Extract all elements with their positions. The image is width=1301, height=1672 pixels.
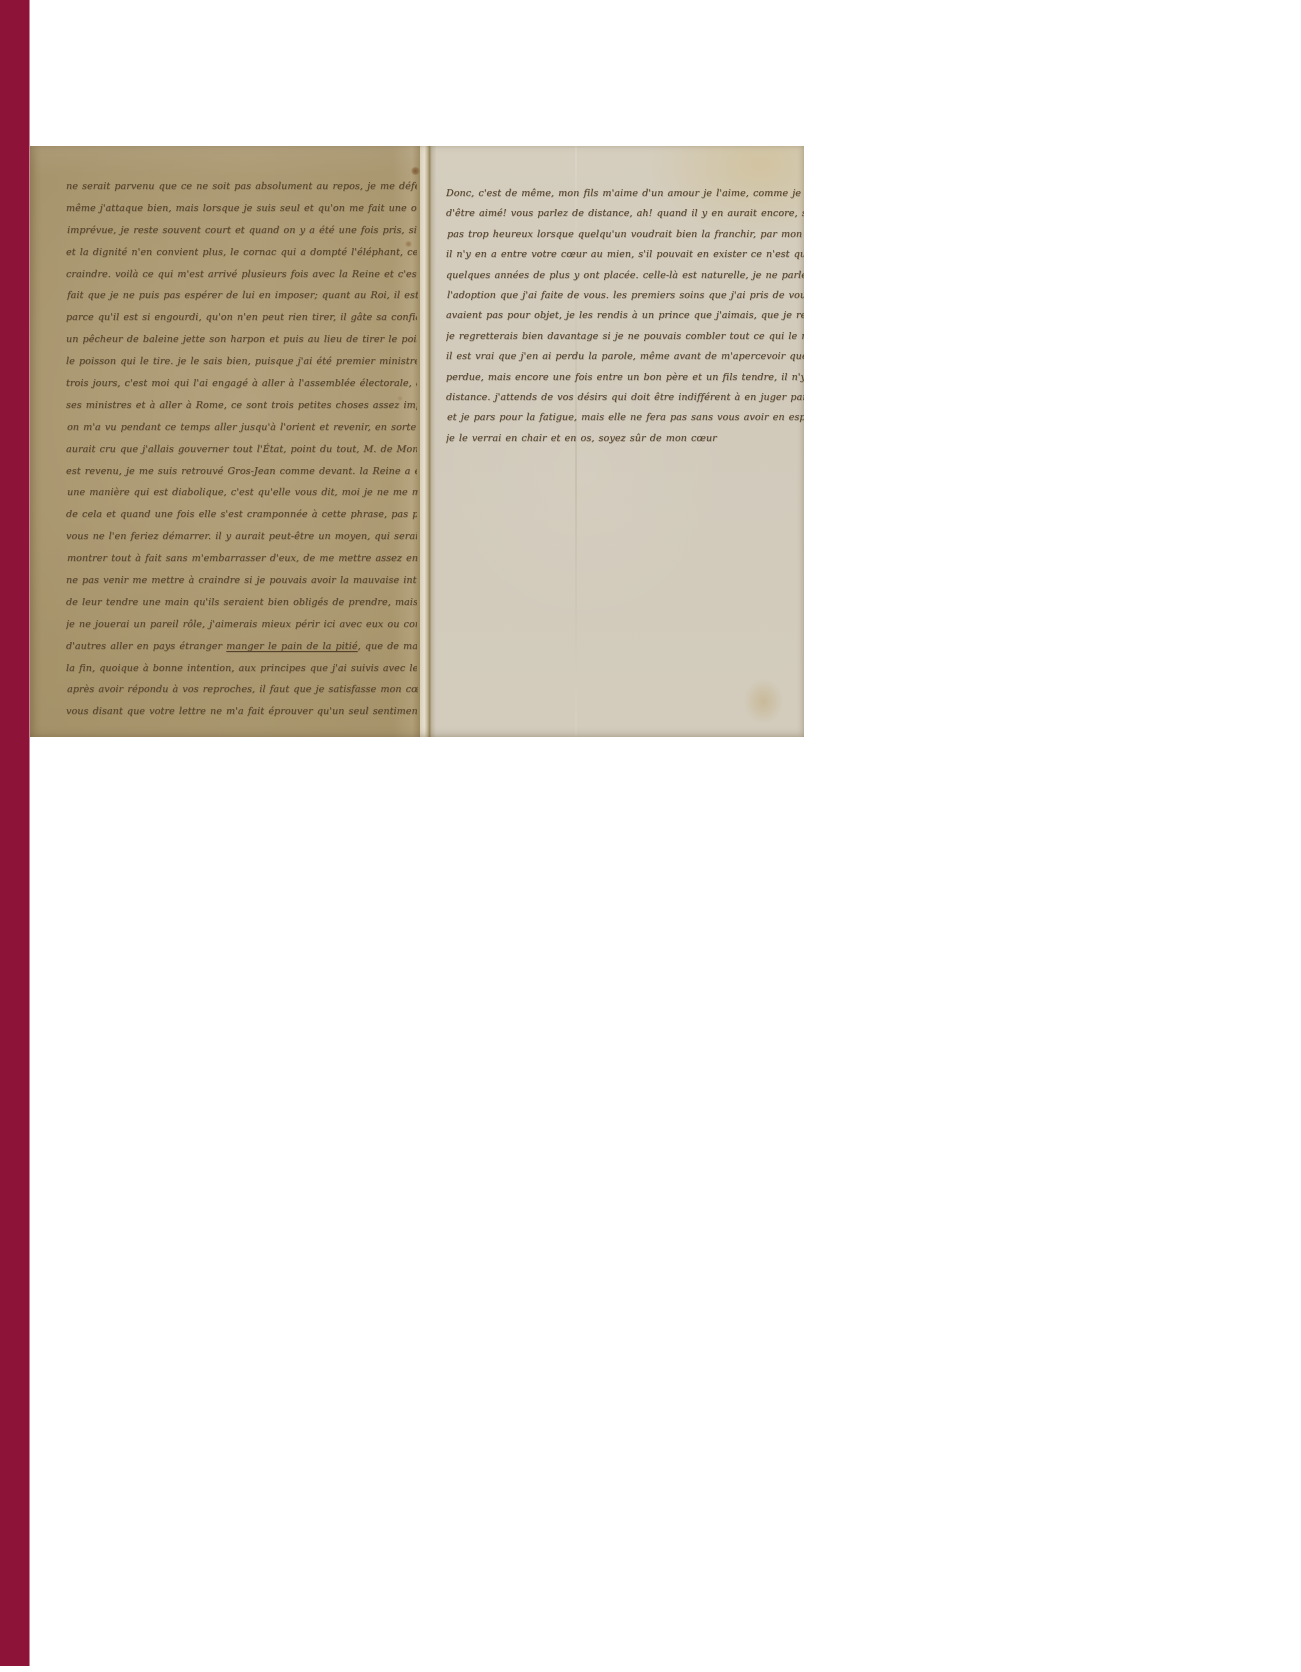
right-page-text: Donc, c'est de même, mon fils m'aime d'u… (436, 146, 804, 449)
handwriting-line: craindre. voilà ce qui m'est arrivé plus… (66, 264, 417, 286)
handwriting-line: aurait cru que j'allais gouverner tout l… (66, 439, 417, 461)
handwriting-line: vous disant que votre lettre ne m'a fait… (66, 701, 417, 723)
page-fold-gutter (420, 146, 436, 737)
underlined-phrase: manger le pain de la pitié (226, 641, 357, 652)
handwriting-line: je ne jouerai un pareil rôle, j'aimerais… (66, 614, 417, 636)
handwriting-line: vous ne l'en feriez démarrer. il y aurai… (66, 526, 417, 548)
handwriting-line: et je pars pour la fatigue, mais elle ne… (447, 408, 804, 428)
handwriting-line: un pêcheur de baleine jette son harpon e… (66, 329, 417, 351)
manuscript-left-page: ne serait parvenu que ce ne soit pas abs… (30, 146, 420, 737)
handwriting-line: l'adoption que j'ai faite de vous. les p… (447, 286, 804, 306)
handwriting-line: trois jours, c'est moi qui l'ai engagé à… (66, 373, 417, 395)
handwriting-line: pas trop heureux lorsque quelqu'un voudr… (447, 225, 804, 245)
handwriting-line: même j'attaque bien, mais lorsque je sui… (66, 198, 417, 220)
handwriting-line: ne pas venir me mettre à craindre si je … (66, 570, 417, 592)
handwriting-line: et la dignité n'en convient plus, le cor… (66, 242, 417, 264)
handwriting-line: d'être aimé! vous parlez de distance, ah… (446, 204, 804, 224)
handwriting-line: de leur tendre une main qu'ils seraient … (66, 592, 417, 614)
handwriting-line: imprévue, je reste souvent court et quan… (67, 220, 419, 242)
handwriting-line: d'autres aller en pays étranger manger l… (66, 636, 417, 658)
handwriting-line: après avoir répondu à vos reproches, il … (67, 679, 419, 701)
handwriting-line: une manière qui est diabolique, c'est qu… (67, 482, 419, 504)
manuscript-right-page: Donc, c'est de même, mon fils m'aime d'u… (436, 146, 804, 737)
handwriting-line: de cela et quand une fois elle s'est cra… (66, 504, 417, 526)
handwriting-line: ses ministres et à aller à Rome, ce sont… (66, 395, 417, 417)
handwriting-line: je le verrai en chair et en os, soyez sû… (446, 429, 804, 449)
handwriting-line: on m'a vu pendant ce temps aller jusqu'à… (67, 417, 419, 439)
handwriting-line: distance. j'attends de vos désirs qui do… (446, 388, 804, 408)
handwriting-line: montrer tout à fait sans m'embarrasser d… (67, 548, 419, 570)
left-page-text: ne serait parvenu que ce ne soit pas abs… (30, 146, 420, 723)
handwriting-line: la fin, quoique à bonne intention, aux p… (66, 658, 417, 680)
left-accent-bar (0, 0, 30, 1666)
handwriting-line: je regretterais bien davantage si je ne … (446, 327, 804, 347)
handwriting-line: Donc, c'est de même, mon fils m'aime d'u… (446, 184, 804, 204)
manuscript-scan: ne serait parvenu que ce ne soit pas abs… (30, 146, 804, 737)
handwriting-line: le poisson qui le tire. je le sais bien,… (66, 351, 417, 373)
handwriting-line: ne serait parvenu que ce ne soit pas abs… (66, 176, 417, 198)
handwriting-line: avaient pas pour objet, je les rendis à … (446, 306, 804, 326)
handwriting-line: fait que je ne puis pas espérer de lui e… (67, 285, 419, 307)
handwriting-line: il est vrai que j'en ai perdu la parole,… (446, 347, 804, 367)
handwriting-line: perdue, mais encore une fois entre un bo… (446, 368, 804, 388)
handwriting-line: est revenu, je me suis retrouvé Gros-Jea… (66, 461, 417, 483)
handwriting-line: quelques années de plus y ont placée. ce… (446, 266, 804, 286)
handwriting-line: parce qu'il est si engourdi, qu'on n'en … (66, 307, 417, 329)
handwriting-line: il n'y en a entre votre cœur au mien, s'… (446, 245, 804, 265)
